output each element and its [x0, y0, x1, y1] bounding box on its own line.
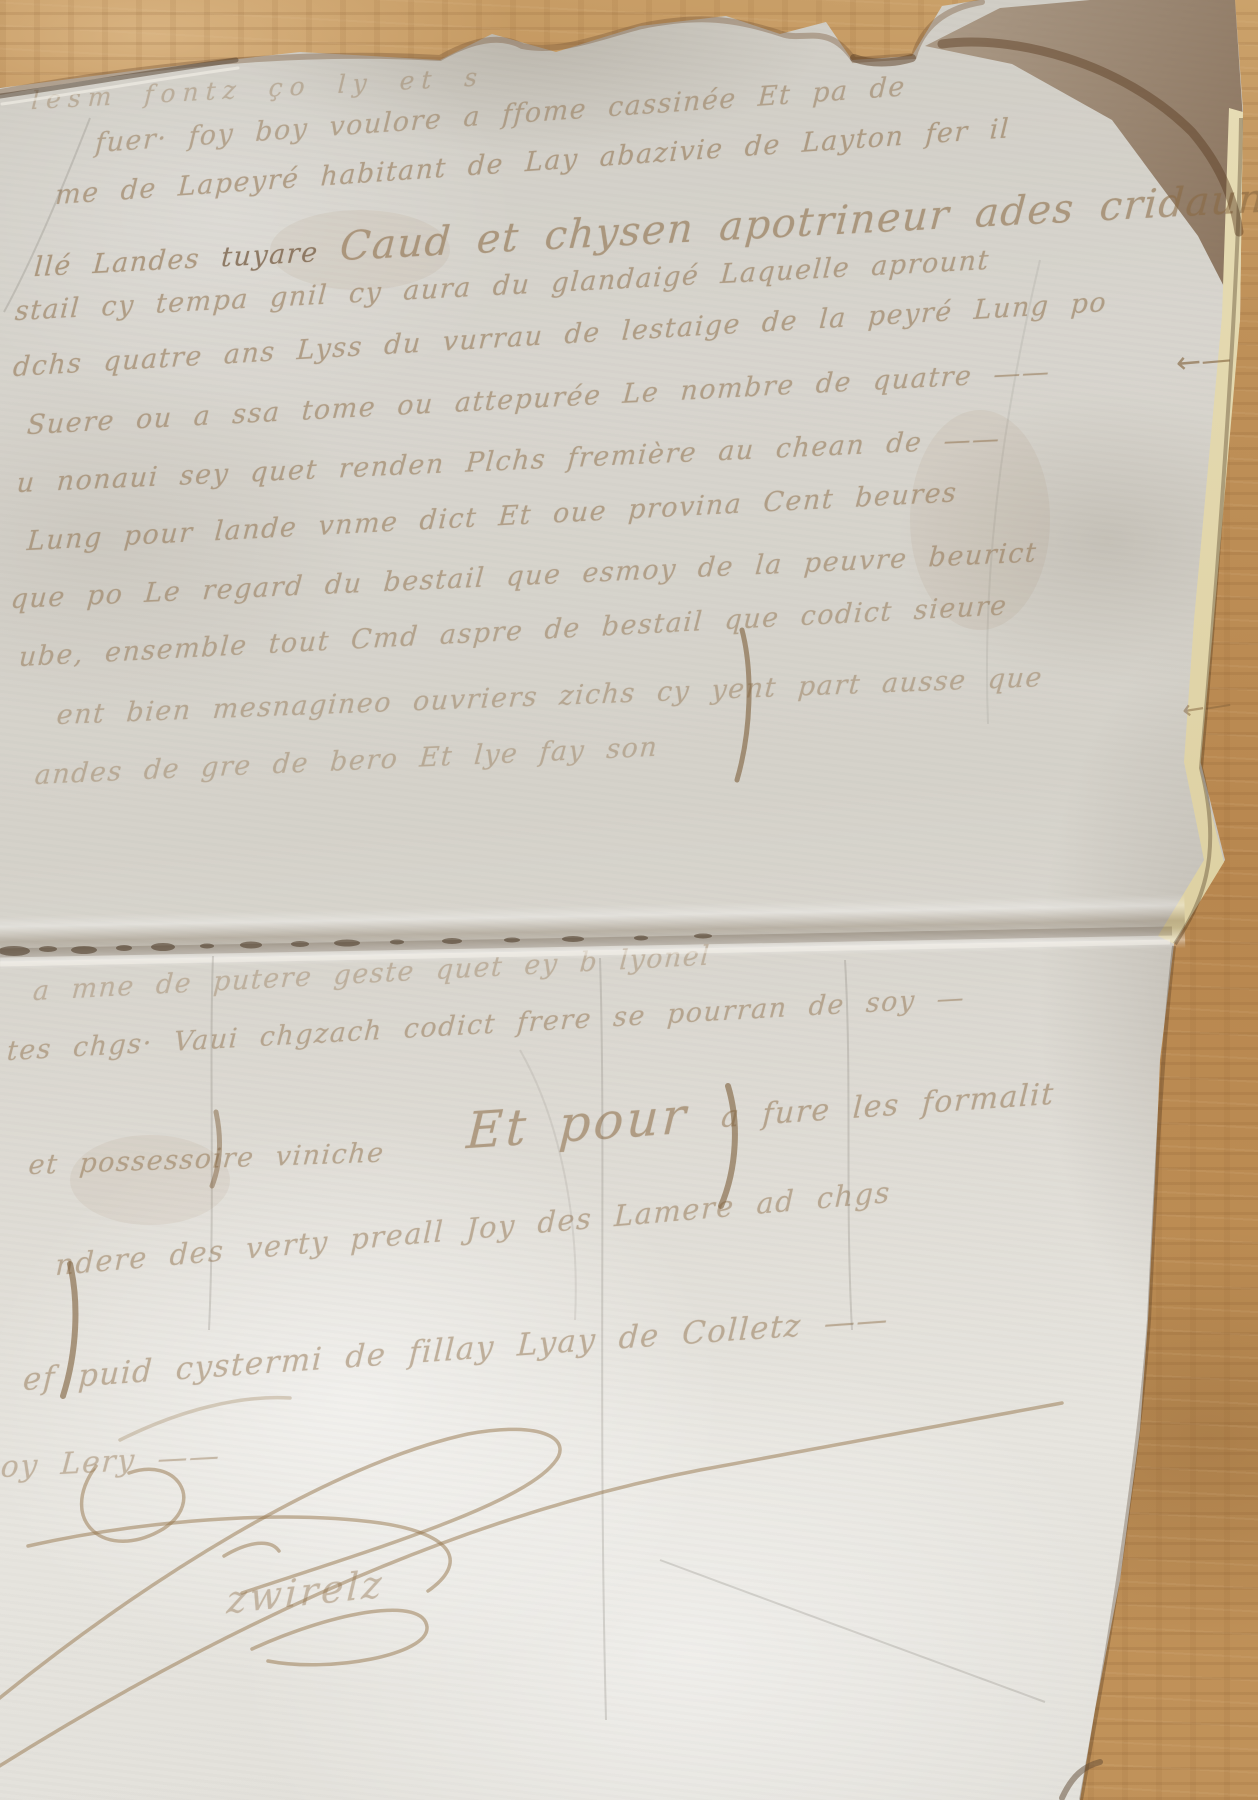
- photo-manuscript-on-table: lesm fontz ço ly et s fuer· foy boy voul…: [0, 0, 1258, 1800]
- manuscript-ink-blot-word: tuyare: [220, 237, 320, 273]
- margin-arrow-mark: ←—: [1175, 342, 1233, 382]
- manuscript-line-fragment: llé Landes: [33, 243, 201, 283]
